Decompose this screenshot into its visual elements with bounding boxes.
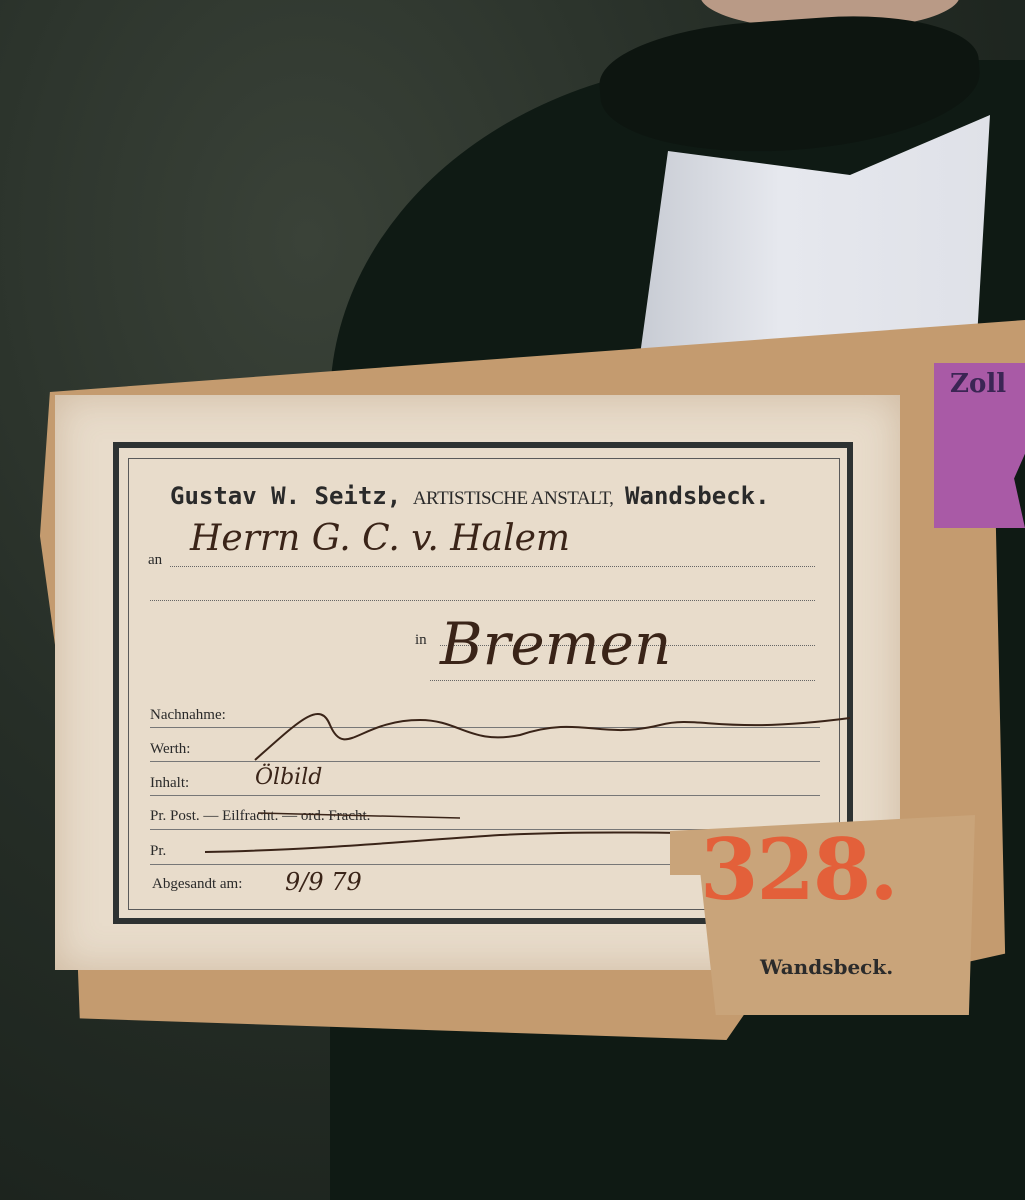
shipment-number: 328. — [700, 820, 897, 919]
number-tag-city: Wandsbeck. — [760, 955, 893, 979]
